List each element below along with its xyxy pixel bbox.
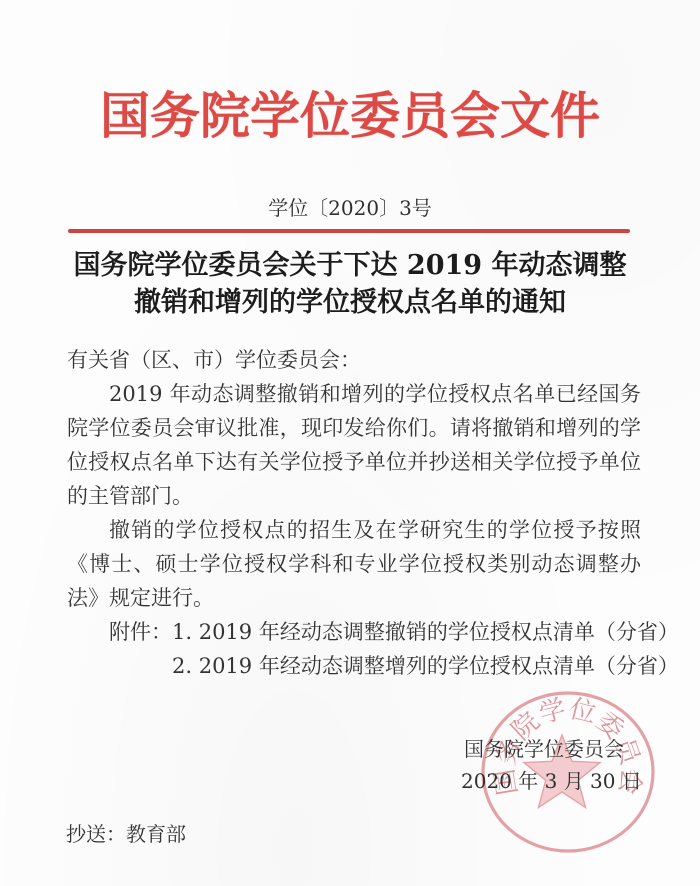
- doc-title-line2: 撤销和增列的学位授权点名单的通知: [0, 284, 700, 321]
- attachments-list: 1. 2019 年经动态调整撤销的学位授权点清单（分省） 2. 2019 年经动…: [172, 615, 679, 683]
- signature-org: 国务院学位委员会: [461, 733, 627, 765]
- doc-title: 国务院学位委员会关于下达 2019 年动态调整 撤销和增列的学位授权点名单的通知: [0, 247, 700, 321]
- salutation: 有关省（区、市）学位委员会：: [67, 343, 641, 377]
- document-body: 有关省（区、市）学位委员会： 2019 年动态调整撤销和增列的学位授权点名单已经…: [67, 343, 641, 683]
- paragraph-1: 2019 年动态调整撤销和增列的学位授权点名单已经国务院学位委员会审议批准，现印…: [67, 377, 641, 513]
- signature-date: 2020 年 3 月 30 日: [461, 765, 627, 797]
- header-title: 国务院学位委员会文件: [0, 76, 700, 148]
- cc-line: 抄送：教育部: [66, 818, 186, 847]
- doc-number: 学位〔2020〕3号: [0, 192, 700, 221]
- attachment-item-2: 2. 2019 年经动态调整增列的学位授权点清单（分省）: [172, 649, 679, 683]
- attachment-item-1: 1. 2019 年经动态调整撤销的学位授权点清单（分省）: [172, 615, 679, 649]
- document-page: 国务院学位委员会文件 学位〔2020〕3号 国务院学位委员会关于下达 2019 …: [0, 0, 700, 886]
- signature-block: 国务院学位委员会 2020 年 3 月 30 日: [461, 733, 627, 797]
- attachments-label: 附件：: [109, 615, 172, 683]
- doc-title-line1: 国务院学位委员会关于下达 2019 年动态调整: [0, 247, 700, 284]
- paragraph-2: 撤销的学位授权点的招生及在学研究生的学位授予按照《博士、硕士学位授权学科和专业学…: [67, 513, 641, 615]
- red-rule-divider: [68, 229, 630, 233]
- attachments: 附件： 1. 2019 年经动态调整撤销的学位授权点清单（分省） 2. 2019…: [109, 615, 641, 683]
